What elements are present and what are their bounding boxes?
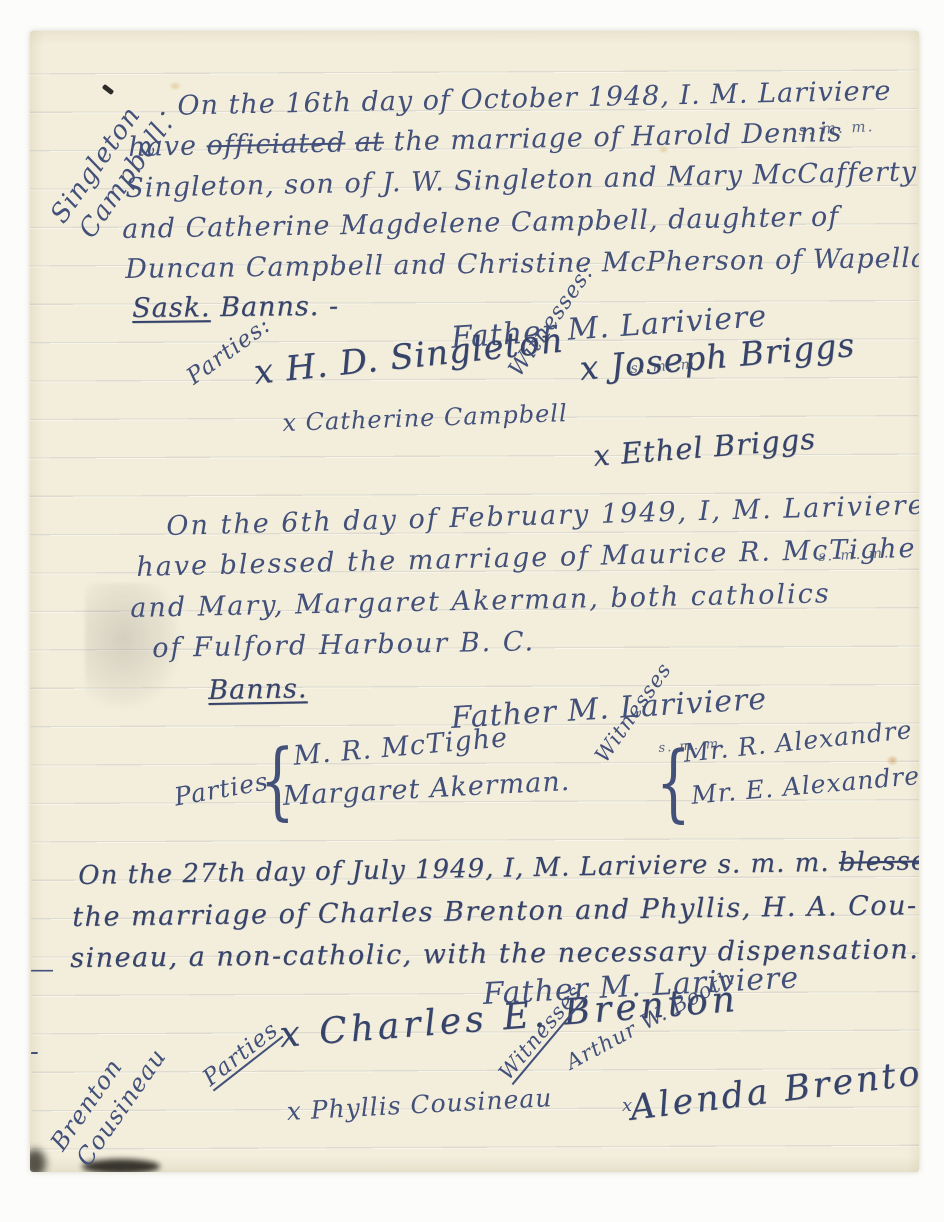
entry1-line6: Sask. Banns. -	[132, 291, 339, 324]
margin-dash: —	[30, 955, 55, 983]
foxing-spot	[168, 81, 182, 91]
scanned-register-document: { "colors": { "ink": "#42507a", "paper":…	[0, 0, 944, 1222]
margin-dash: -	[30, 1037, 40, 1067]
entry2-banns-note: Banns.	[208, 673, 308, 706]
register-page: Singleton Campbell. . On the 16th day of…	[30, 31, 919, 1172]
